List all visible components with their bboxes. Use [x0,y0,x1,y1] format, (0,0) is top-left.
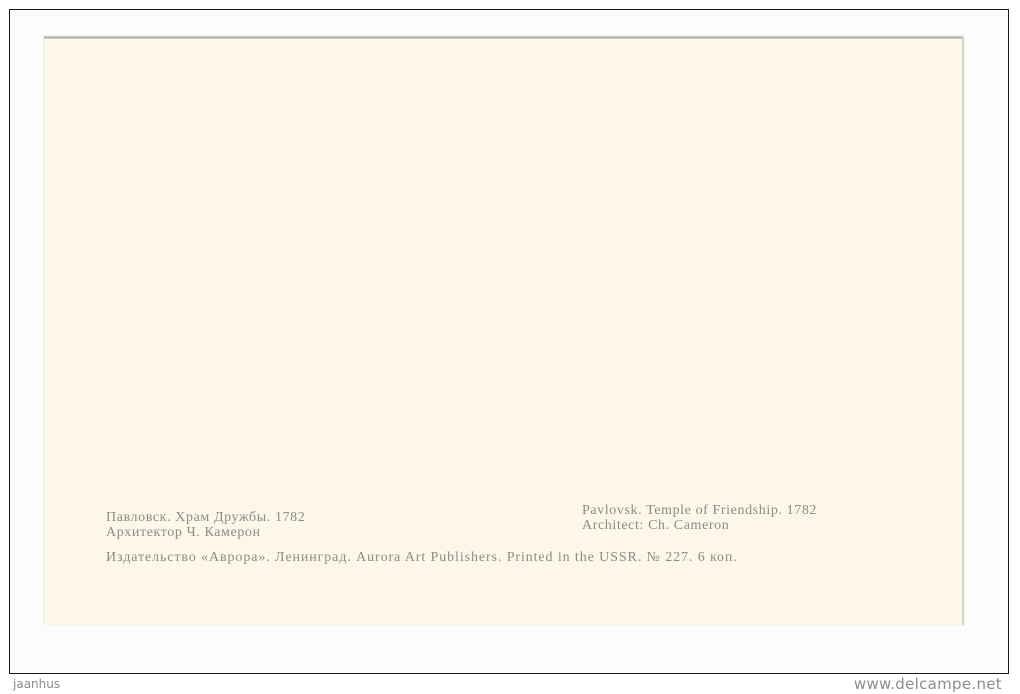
site-watermark: www.delcampe.net [854,675,1002,693]
seller-watermark: jaanhus [13,677,60,691]
caption-english-architect: Architect: Ch. Cameron [582,518,729,533]
caption-russian-title: Павловск. Храм Дружбы. 1782 [106,510,305,525]
publisher-line: Издательство «Аврора». Ленинград. Aurora… [106,550,738,565]
caption-russian-architect: Архитектор Ч. Камерон [106,525,261,540]
caption-english-title: Pavlovsk. Temple of Friendship. 1782 [582,503,817,518]
